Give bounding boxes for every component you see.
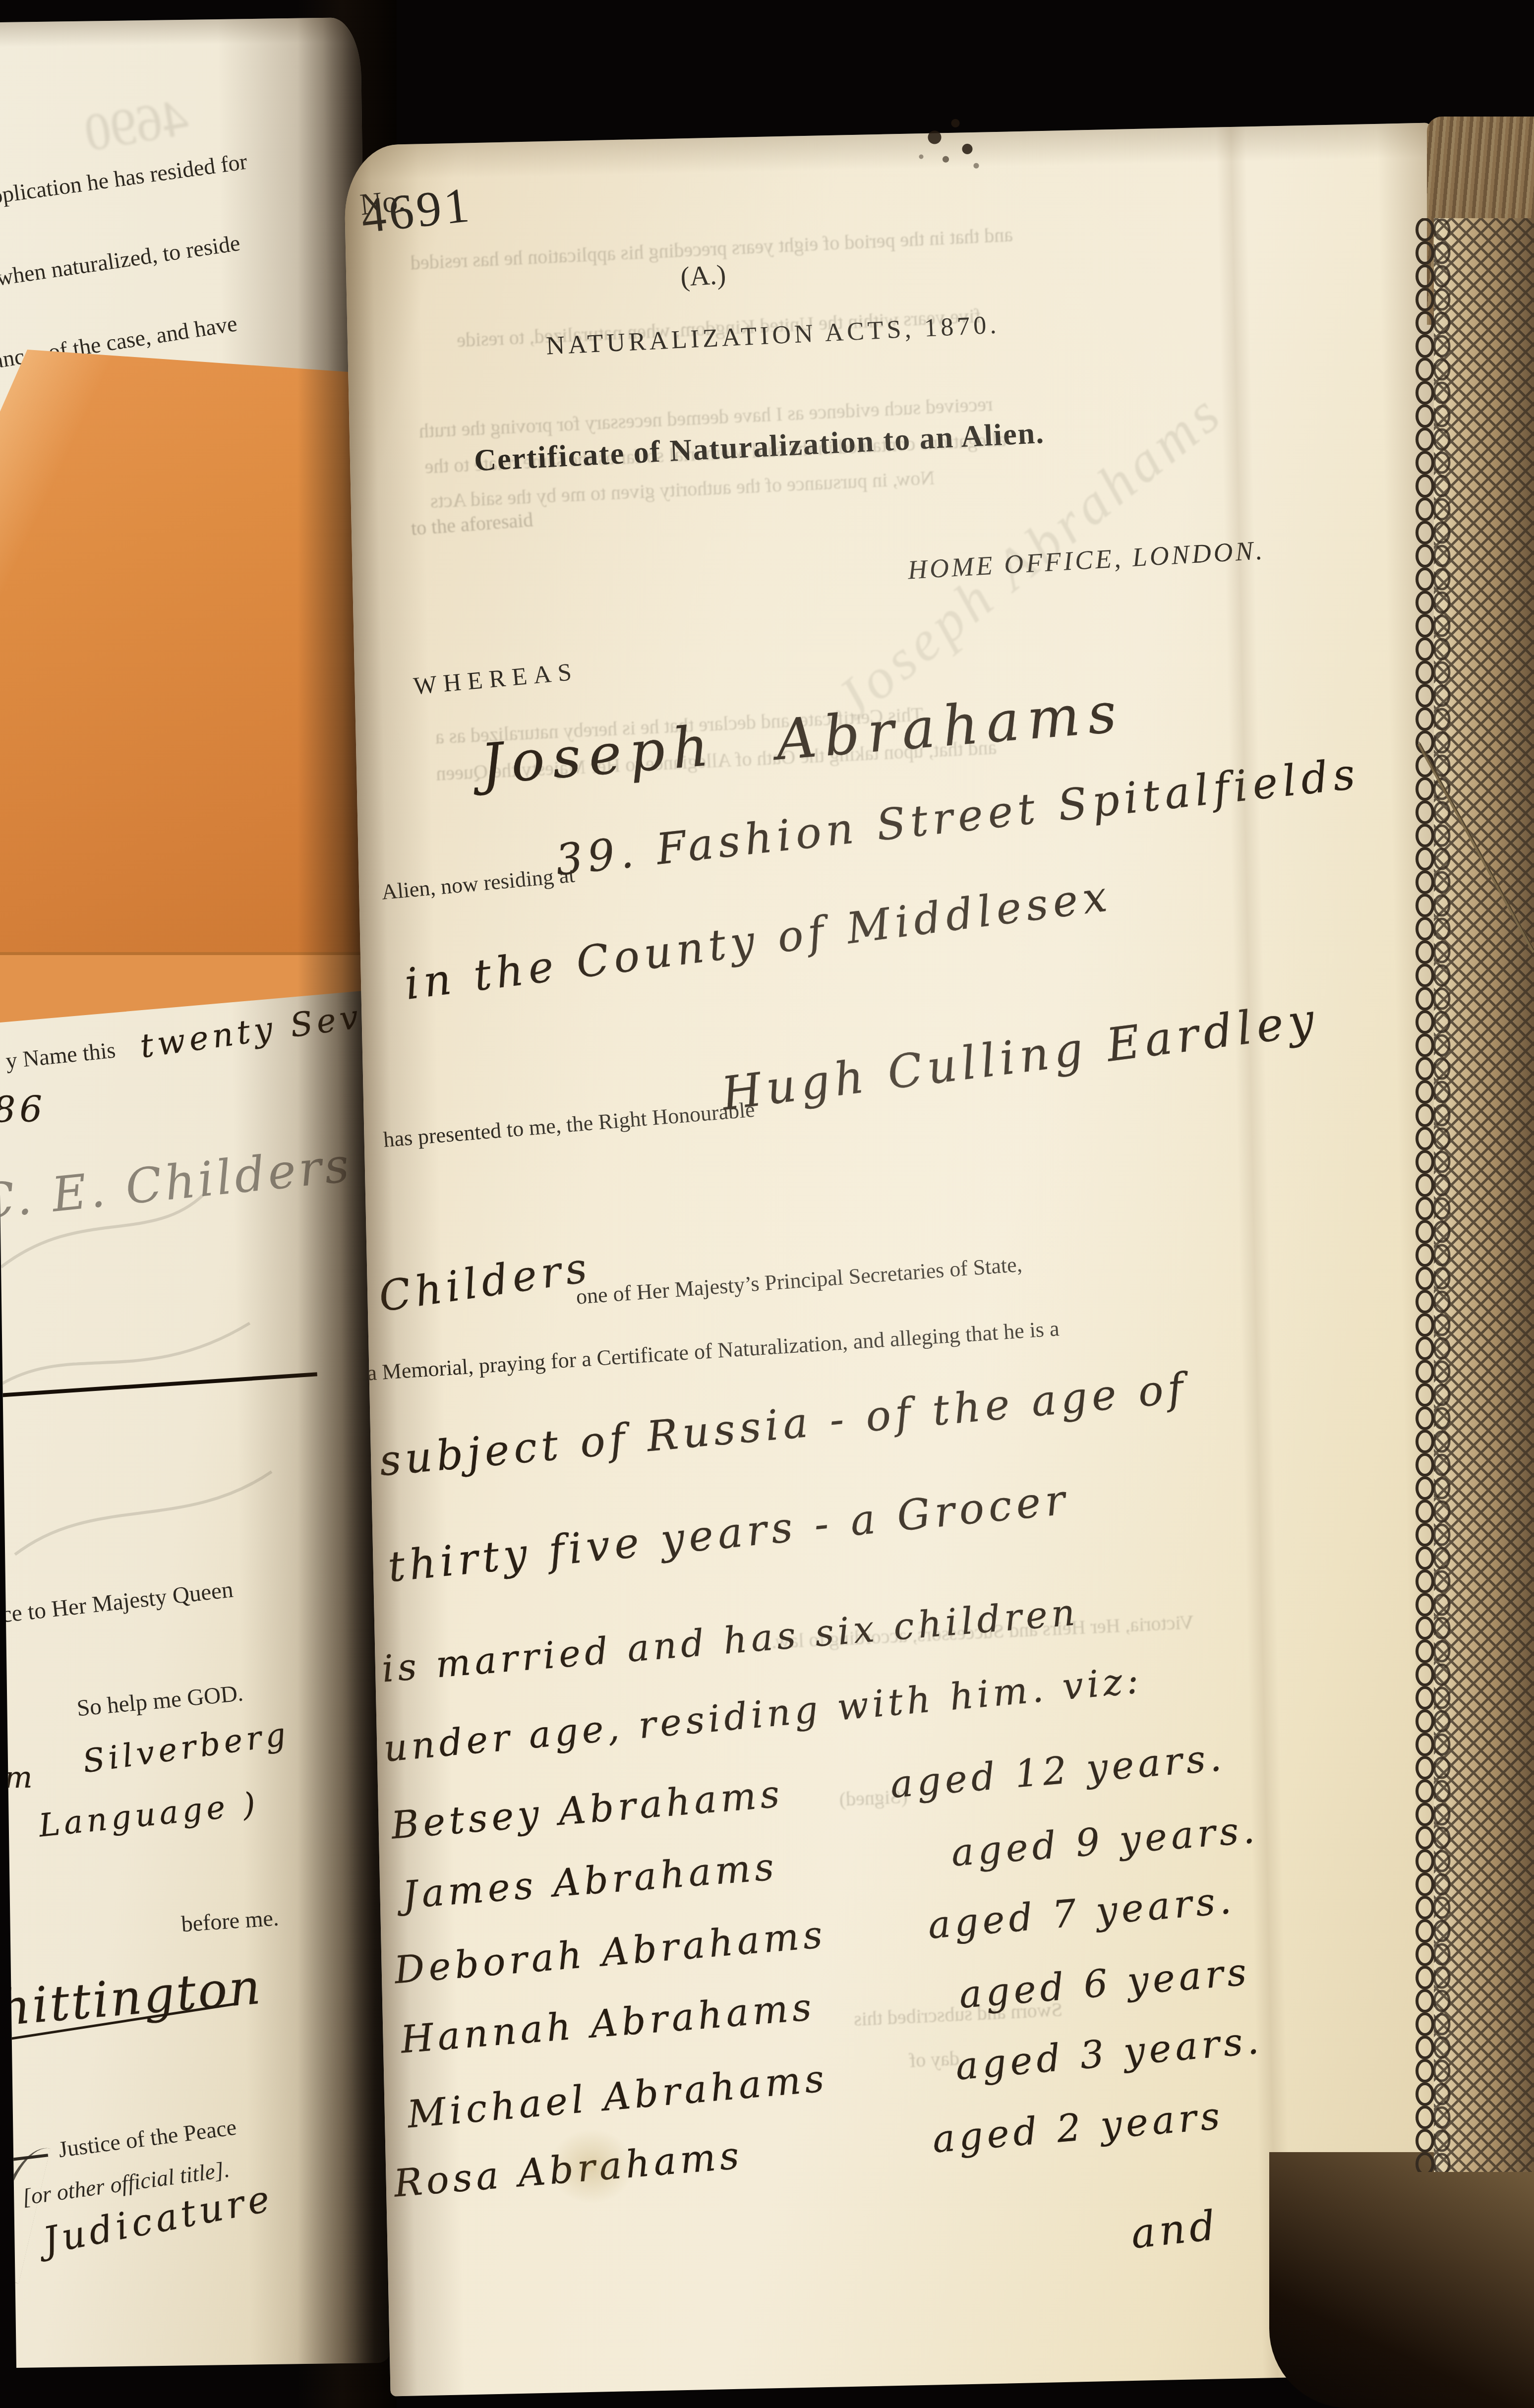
number-value: 4691	[358, 176, 474, 245]
applicant-name-handwriting: Joseph Abrahams	[478, 680, 1126, 797]
binding-gauze-lace	[1414, 218, 1534, 2172]
bleedthrough-line: to the aforesaid	[410, 508, 533, 540]
claim-line: thirty five years - a Grocer	[386, 1475, 1071, 1592]
ghost-page-number: 4690	[80, 86, 193, 163]
certificate-page: and that in the period of eight years pr…	[344, 123, 1479, 2397]
claim-line: subject of Russia - of the age of	[377, 1364, 1190, 1486]
handwritten-parenthesis	[0, 2141, 51, 2284]
handwritten-date-fragment: 86	[0, 1088, 47, 1130]
witness-fragment: m	[4, 1760, 37, 1795]
minister-name-handwriting-2: Childers	[376, 1243, 594, 1321]
presented-label: has presented to me, the Right Honourabl…	[382, 1097, 756, 1152]
secretary-of-state-line: one of Her Majesty’s Principal Secretari…	[575, 1252, 1023, 1310]
whereas-label: WHEREAS	[412, 657, 579, 700]
so-help-me-god: So help me GOD.	[76, 1680, 244, 1722]
child-age: aged 12 years.	[888, 1735, 1227, 1806]
name-this-label: y Name this	[4, 1036, 117, 1074]
left-printed-fragment-2: , when naturalized, to reside	[0, 230, 241, 293]
before-me-label: before me.	[180, 1905, 280, 1937]
pencil-scribbles	[0, 1173, 343, 1625]
minister-name-handwriting-1: Hugh Culling Eardley	[719, 993, 1322, 1121]
justice-of-peace-label: Justice of the Peace	[57, 2114, 238, 2163]
language-fragment: Language )	[37, 1786, 261, 1845]
continuation-word: and	[1128, 2202, 1221, 2258]
witness-signature: Silverberg	[81, 1716, 292, 1780]
bottom-page-edges	[1269, 2152, 1534, 2408]
child-name: Betsey Abrahams	[390, 1771, 785, 1848]
justice-signature: hittington	[0, 1959, 264, 2037]
book-photograph: 4690 pplication he has resided for , whe…	[0, 0, 1534, 2408]
ink-blot	[912, 112, 987, 176]
residing-label: Alien, now residing at	[380, 862, 576, 905]
memorial-line: a Memorial, praying for a Certificate of…	[366, 1316, 1060, 1385]
